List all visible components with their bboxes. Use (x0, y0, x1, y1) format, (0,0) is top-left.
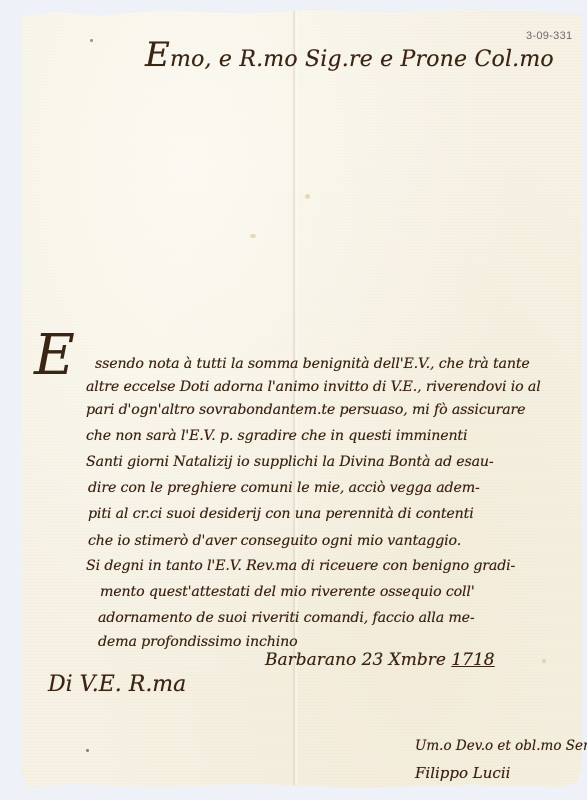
foxing-spot (86, 749, 89, 752)
place: Barbarano (265, 650, 356, 670)
body-line-9: Si degni in tanto l'E.V. Rev.ma di riceu… (86, 558, 515, 574)
salutation-initial: E (145, 35, 170, 75)
signature-name: Filippo Lucii (415, 764, 510, 782)
foxing-spot (305, 194, 310, 199)
foxing-spot (90, 39, 93, 42)
place-date: Barbarano 23 Xmbre 1718 (265, 650, 495, 670)
paper-fold-line (292, 9, 298, 790)
body-line-1: ssendo nota à tutti la somma benignità d… (95, 356, 530, 372)
foxing-spot (250, 234, 256, 238)
body-line-7: piti al cr.ci suoi desiderij con una per… (88, 506, 474, 522)
body-line-11: adornamento de suoi riveriti comandi, fa… (98, 610, 475, 626)
foxing-spot (542, 659, 546, 663)
body-line-2: altre eccelse Doti adorna l'animo invitt… (86, 379, 541, 395)
salutation-text: mo, e R.mo Sig.re e Prone Col.mo (170, 47, 554, 72)
body-line-8: che io stimerò d'aver conseguito ogni mi… (88, 533, 461, 549)
body-line-3: pari d'ogn'altro sovrabondantem.te persu… (86, 402, 525, 418)
body-line-6: dire con le preghiere comuni le mie, acc… (88, 480, 480, 496)
closing-formula: Di V.E. R.ma (48, 672, 186, 697)
body-line-10: mento quest'attestati del mio riverente … (100, 584, 475, 600)
body-initial: E (34, 328, 75, 384)
scan-background: 3-09-331 Emo, e R.mo Sig.re e Prone Col.… (0, 0, 587, 800)
body-line-5: Santi giorni Natalizij io supplichi la D… (86, 454, 494, 470)
body-line-4: che non sarà l'E.V. p. sgradire che in q… (86, 428, 467, 444)
salutation: Emo, e R.mo Sig.re e Prone Col.mo (145, 38, 554, 72)
body-line-12: dema profondissimo inchino (98, 634, 298, 650)
year: 1718 (451, 650, 494, 670)
signature-title: Um.o Dev.o et obl.mo Serv.re (415, 738, 587, 754)
date: 23 Xmbre (362, 650, 446, 670)
